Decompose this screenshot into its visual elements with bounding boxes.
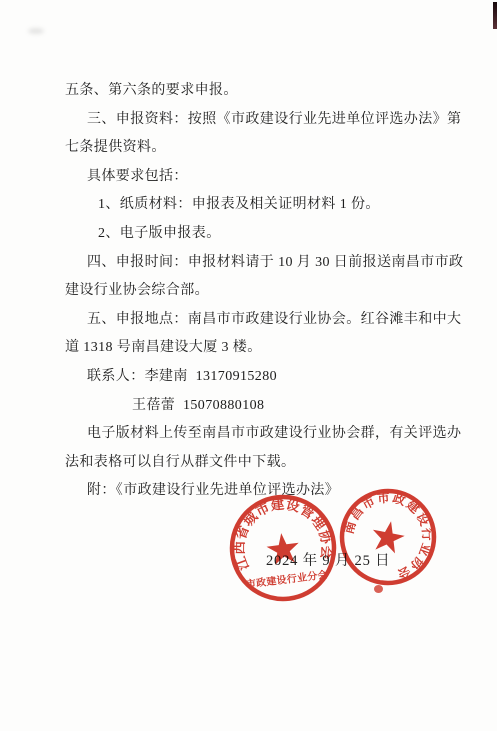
text-line: 1、纸质材料：申报表及相关证明材料 1 份。 <box>98 191 497 220</box>
scan-smudge <box>28 28 44 34</box>
star-icon <box>265 531 301 565</box>
star-icon <box>369 518 407 554</box>
official-seal-left: 江西省城市建设管理协会 市政建设行业分会 <box>222 487 345 610</box>
text-line: 具体要求包括： <box>87 163 497 192</box>
svg-text:江西省城市建设管理协会: 江西省城市建设管理协会 <box>226 490 338 574</box>
contact-line: 王蓓蕾 15070880108 <box>132 392 497 421</box>
text-line: 2、电子版申报表。 <box>98 220 497 249</box>
text-line: 四、申报时间：申报材料请于 10 月 30 日前报送南昌市市政 <box>87 249 497 278</box>
body-text: 五条、第六条的要求申报。 三、申报资料：按照《市政建设行业先进单位评选办法》第 … <box>0 77 497 506</box>
document-page: 五条、第六条的要求申报。 三、申报资料：按照《市政建设行业先进单位评选办法》第 … <box>0 0 497 731</box>
scanned-notice-page: { "document": { "lines": [ "五条、第六条的要求申报。… <box>0 0 497 731</box>
official-seal-right: 南昌市市政建设行业协会 <box>329 478 446 595</box>
scan-artifact <box>493 2 497 29</box>
text-line: 三、申报资料：按照《市政建设行业先进单位评选办法》第 <box>87 106 497 135</box>
text-line: 五、申报地点：南昌市市政建设行业协会。红谷滩丰和中大 <box>87 306 497 335</box>
ink-smudge <box>374 585 383 593</box>
contact-line: 联系人：李建南 13170915280 <box>87 363 497 392</box>
text-line: 建设行业协会综合部。 <box>65 277 497 306</box>
text-line: 七条提供资料。 <box>65 134 497 163</box>
text-line: 道 1318 号南昌建设大厦 3 楼。 <box>65 334 497 363</box>
text-line: 五条、第六条的要求申报。 <box>65 77 497 106</box>
seal-arc-text: 江西省城市建设管理协会 <box>226 490 338 574</box>
text-line: 法和表格可以自行从群文件中下载。 <box>65 449 497 478</box>
text-line: 电子版材料上传至南昌市市政建设行业协会群，有关评选办 <box>87 420 497 449</box>
